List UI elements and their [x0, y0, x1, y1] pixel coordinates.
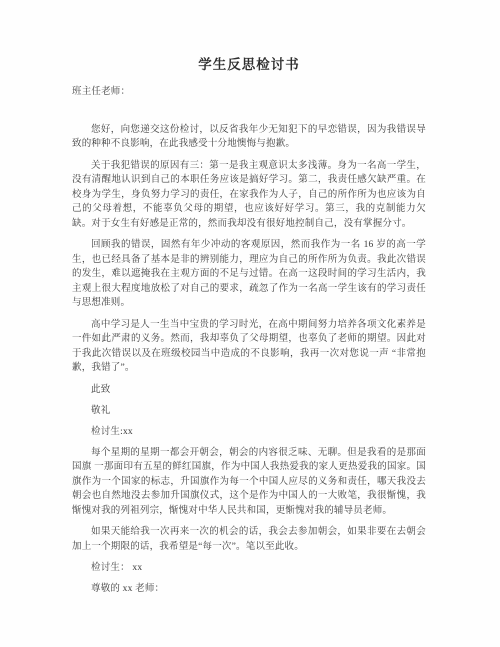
paragraph-6: 如果天能给我一次再来一次的机会的话，我会去参加朝会，如果非要在去朝会加上一个期限… — [72, 525, 426, 554]
paragraph-3: 回顾我的错误，固然有年少冲动的客观原因，然而我作为一名 16 岁的高一学生，也已… — [72, 238, 426, 311]
paragraph-1: 您好，向您递交这份检讨，以反省我年少无知犯下的早恋错误，因为我错误导致的种种不良… — [72, 123, 426, 152]
paragraph-5: 每个星期的星期一都会开朝会，朝会的内容很乏味、无聊。但是我看的是那面国旗 一那面… — [72, 446, 426, 519]
salutation-line: 班主任老师： — [72, 85, 426, 100]
document-page: 学生反思检讨书 班主任老师： 您好，向您递交这份检讨，以反省我年少无知犯下的早恋… — [0, 0, 500, 647]
closing-cizhi: 此致 — [72, 383, 426, 398]
paragraph-2: 关于我犯错误的原因有三：第一是我主观意识太多浅薄。身为一名高一学生，没有清醒地认… — [72, 159, 426, 232]
signature-line-2: 检讨生： xx — [72, 561, 426, 576]
closing-jingli: 敬礼 — [72, 404, 426, 419]
signature-line-1: 检讨生:xx — [72, 425, 426, 440]
salutation-line-2: 尊敬的 xx 老师： — [72, 582, 426, 597]
paragraph-4: 高中学习是人一生当中宝贵的学习时光，在高中期间努力培养各项文化素养是一件如此严肃… — [72, 318, 426, 376]
document-title: 学生反思检讨书 — [72, 55, 426, 74]
